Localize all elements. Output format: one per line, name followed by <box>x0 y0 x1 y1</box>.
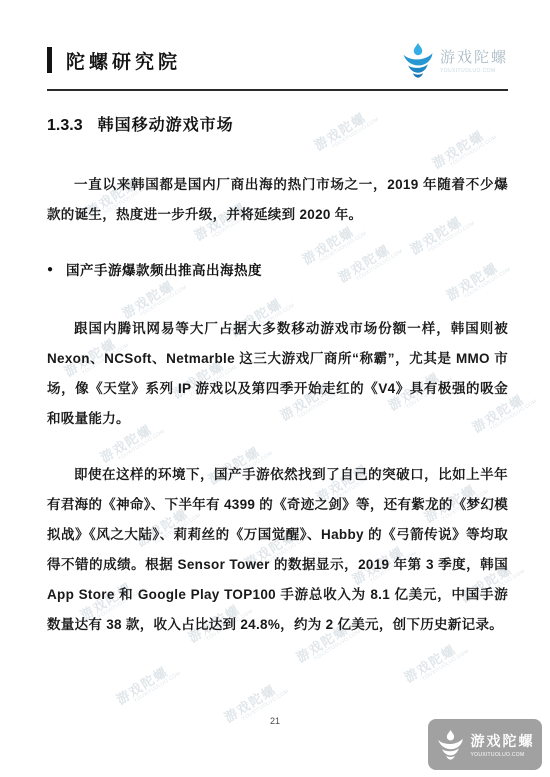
brand-logo: 游戏陀螺 YOUXITUOLUO.COM <box>401 42 508 78</box>
bullet-heading: ● 国产手游爆款频出推高出海热度 <box>47 259 508 279</box>
header-accent-bar <box>47 47 52 73</box>
bullet-heading-text: 国产手游爆款频出推高出海热度 <box>66 259 262 279</box>
page-header: 陀螺研究院 游戏陀螺 YOUXITUOLUO.COM <box>47 0 508 91</box>
page-content: 陀螺研究院 游戏陀螺 YOUXITUOLUO.COM 1.3.3韩国移动游戏市场… <box>0 0 550 640</box>
institute-title: 陀螺研究院 <box>66 47 181 74</box>
paragraph-market: 跟国内腾讯网易等大厂占据大多数移动游戏市场份额一样，韩国则被 Nexon、NCS… <box>47 314 508 434</box>
badge-brand-domain: YOUXITUOLUO.COM <box>471 752 535 758</box>
brand-watermark: 游戏陀螺YOUXITUOLUO.COM <box>402 637 470 689</box>
paragraph-breakthrough: 即使在这样的环境下，国产手游依然找到了自己的突破口，比如上半年有君海的《神命》、… <box>47 460 508 640</box>
brand-text: 游戏陀螺 YOUXITUOLUO.COM <box>440 46 508 74</box>
brand-name: 游戏陀螺 <box>440 46 508 67</box>
header-left: 陀螺研究院 <box>47 47 181 74</box>
section-title-text: 韩国移动游戏市场 <box>98 117 234 134</box>
footer-brand-badge: 游戏陀螺 YOUXITUOLUO.COM <box>428 719 542 770</box>
bullet-icon: ● <box>47 264 53 275</box>
badge-brand-name: 游戏陀螺 <box>471 731 535 751</box>
section-number: 1.3.3 <box>47 117 83 134</box>
gyro-logo-icon <box>401 42 435 78</box>
brand-watermark: 游戏陀螺YOUXITUOLUO.COM <box>114 659 182 711</box>
badge-text: 游戏陀螺 YOUXITUOLUO.COM <box>471 731 535 758</box>
paragraph-intro: 一直以来韩国都是国内厂商出海的热门市场之一，2019 年随着不少爆款的诞生，热度… <box>47 170 508 230</box>
brand-domain: YOUXITUOLUO.COM <box>440 68 508 74</box>
gyro-logo-icon-white <box>436 729 465 760</box>
section-title: 1.3.3韩国移动游戏市场 <box>47 112 508 135</box>
document-page: 游戏陀螺YOUXITUOLUO.COM游戏陀螺YOUXITUOLUO.COM游戏… <box>0 0 550 777</box>
